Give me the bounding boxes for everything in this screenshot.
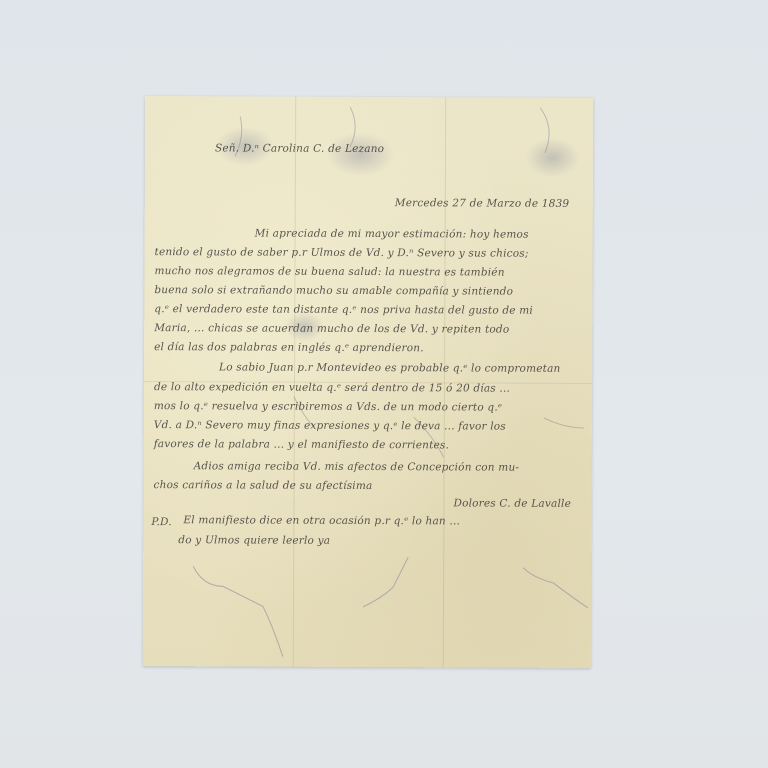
postscript-line: do y Ulmos quiere leerlo ya [178, 534, 330, 547]
body-line: Lo sabio Juan p.r Montevideo es probable… [219, 361, 561, 374]
body-line: Adios amiga reciba Vd. mis afectos de Co… [194, 460, 520, 473]
body-line: Vd. a D.ⁿ Severo muy finas expresiones y… [154, 419, 506, 433]
body-line: tenido el gusto de saber p.r Ulmos de Vd… [155, 246, 529, 260]
body-line: Maria, ... chicas se acuerdan mucho de l… [154, 322, 509, 336]
body-line: el día las dos palabras en inglés q.ᵉ ap… [154, 341, 424, 354]
signature: Dolores C. de Lavalle [453, 497, 571, 510]
body-line: favores de la palabra ... y el manifiest… [154, 438, 449, 451]
dateline: Mercedes 27 de Marzo de 1839 [395, 197, 570, 210]
body-line: mos lo q.ᵉ resuelva y escribiremos a Vds… [154, 400, 502, 414]
postscript-mark: P.D. [151, 516, 172, 528]
body-line: buena solo si extrañando mucho su amable… [154, 284, 513, 298]
postscript-line: El manifiesto dice en otra ocasión p.r q… [183, 514, 460, 527]
body-line: de lo alto expedición en vuelta q.ᵉ será… [154, 381, 510, 395]
body-line: Mi apreciada de mi mayor estimación: hoy… [255, 228, 529, 241]
salutation: Señ. D.ⁿ Carolina C. de Lezano [215, 142, 384, 155]
letter-paper: Señ. D.ⁿ Carolina C. de Lezano Mercedes … [143, 96, 593, 668]
body-line: chos cariños a la salud de su afectísima [154, 479, 373, 492]
body-line: mucho nos alegramos de su buena salud: l… [154, 265, 504, 279]
body-line: q.ᵉ el verdadero este tan distante q.ᵉ n… [154, 303, 533, 317]
